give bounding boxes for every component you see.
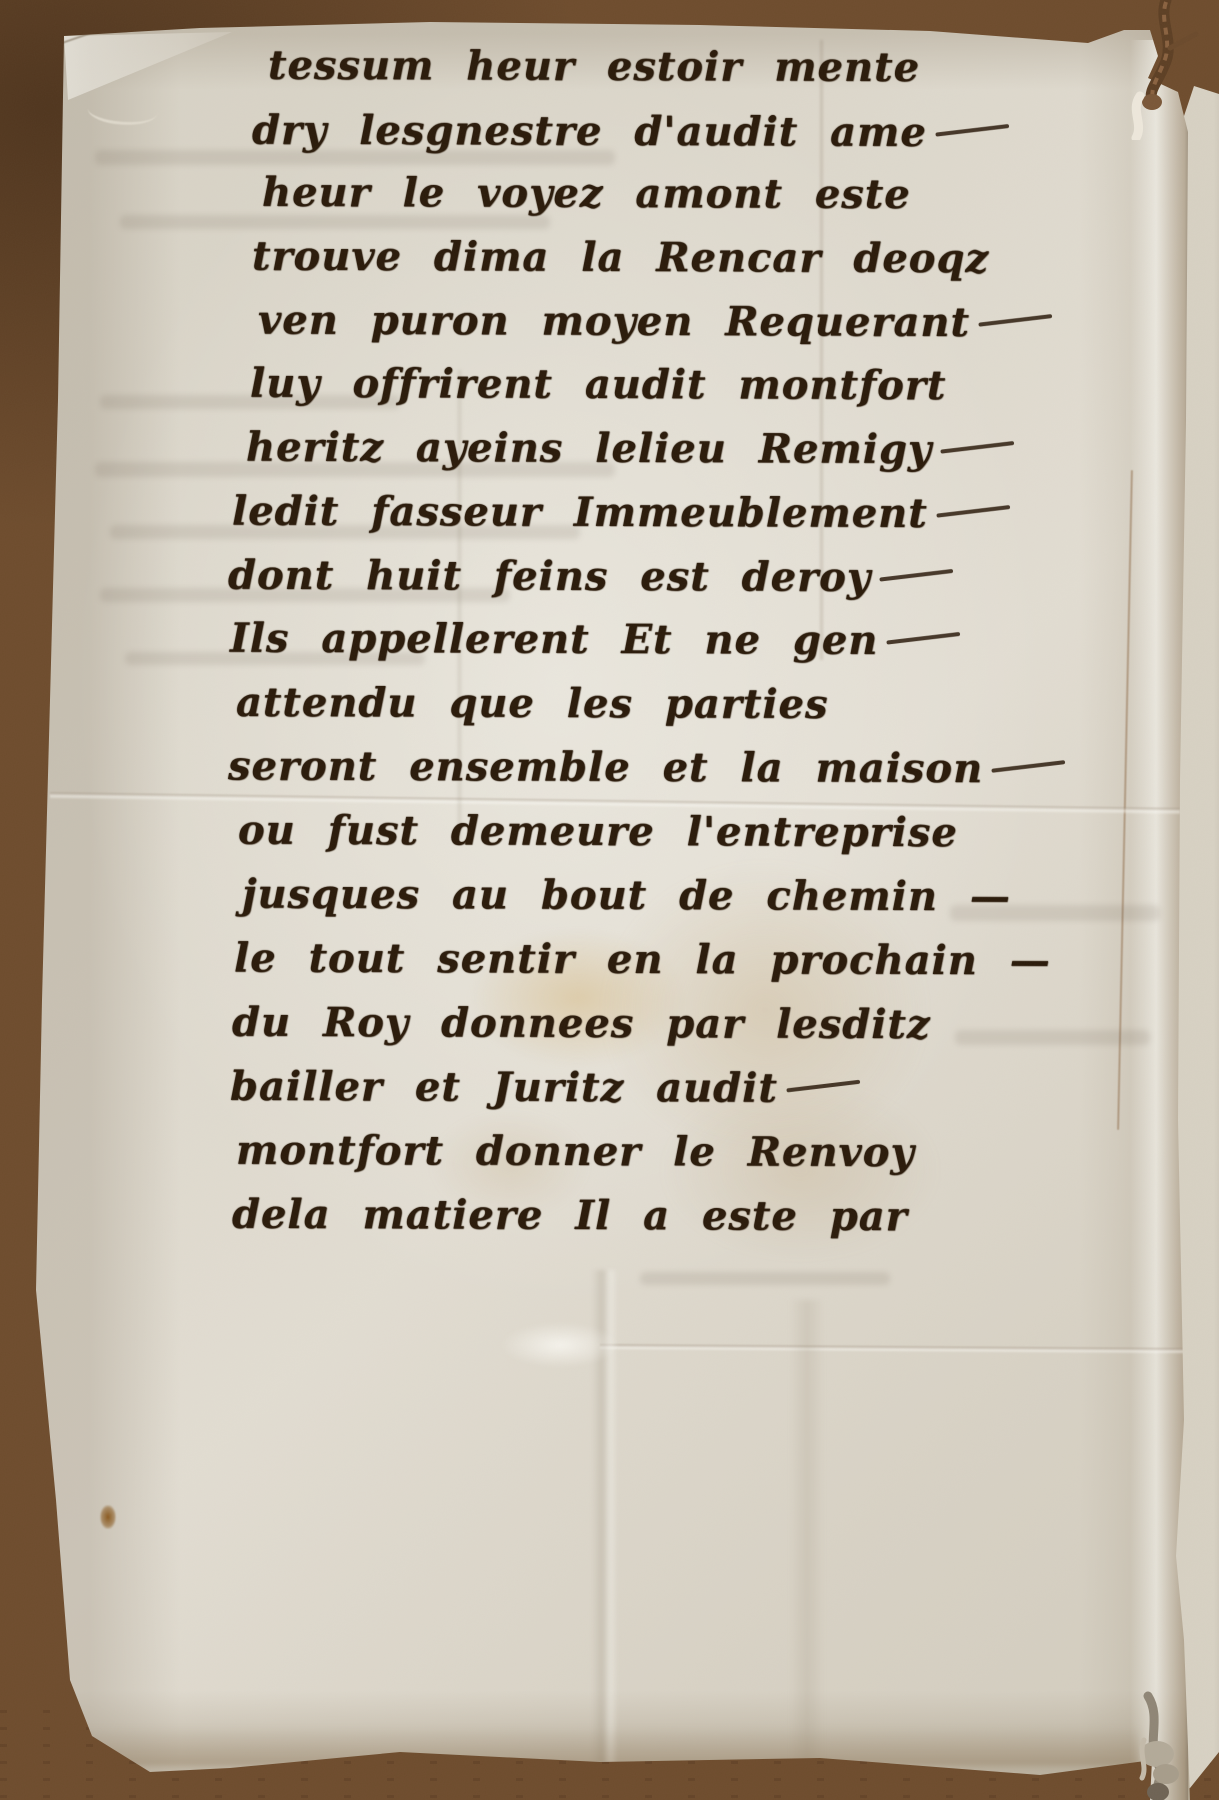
manuscript-line: heritz ayeins lelieu Remigy	[246, 428, 1016, 471]
manuscript-line: ledit fasseur Immeublement	[232, 492, 1012, 535]
manuscript-line: dry lesgnestre d'audit ame	[252, 111, 1011, 154]
manuscript-line: le tout sentir en la prochain —	[234, 939, 1051, 982]
manuscript-line: montfort donner le Renvoy	[236, 1131, 915, 1173]
manuscript-line: heur le voyez amont este	[262, 173, 911, 215]
rust-spot	[100, 1505, 116, 1529]
ink-showthrough-row	[955, 1030, 1150, 1045]
ink-showthrough-row	[640, 1272, 890, 1285]
binding-thread-top	[1100, 0, 1219, 140]
corner-fold-crease	[60, 30, 235, 102]
manuscript-line: ven puron moyen Requerant	[258, 301, 1054, 344]
manuscript-line: trouve dima la Rencar deoqz	[252, 237, 989, 280]
manuscript-line: bailler et Juritz audit	[230, 1067, 862, 1109]
bottom-edge-dirt	[80, 1726, 1140, 1766]
manuscript-line: dela matiere Il a este par	[232, 1195, 908, 1237]
manuscript-line: tessum heur estoir mente	[268, 46, 920, 88]
manuscript-line: attendu que les parties	[236, 683, 829, 725]
paper-fiber	[86, 91, 159, 129]
manuscript-photo: tessum heur estoir mente dry lesgnestre …	[0, 0, 1219, 1800]
manuscript-line: jusques au bout de chemin —	[242, 875, 1011, 918]
ink-showthrough-row	[120, 215, 550, 229]
ink-abrasion	[500, 1322, 620, 1368]
cockling-crease	[790, 1300, 824, 1770]
manuscript-line: Ils appellerent Et ne gen	[230, 619, 962, 662]
manuscript-line: ou fust demeure l'entreprise	[238, 811, 958, 854]
binding-thread-bottom	[1100, 1670, 1219, 1800]
manuscript-line: dont huit feins est deroy	[228, 556, 955, 599]
manuscript-page: tessum heur estoir mente dry lesgnestre …	[0, 0, 1219, 1800]
manuscript-line: seront ensemble et la maison	[228, 747, 1067, 790]
manuscript-line: du Roy donnees par lesditz	[232, 1003, 931, 1045]
manuscript-line: luy offrirent audit montfort	[250, 364, 947, 406]
horizontal-crease-lower	[600, 1344, 1185, 1354]
